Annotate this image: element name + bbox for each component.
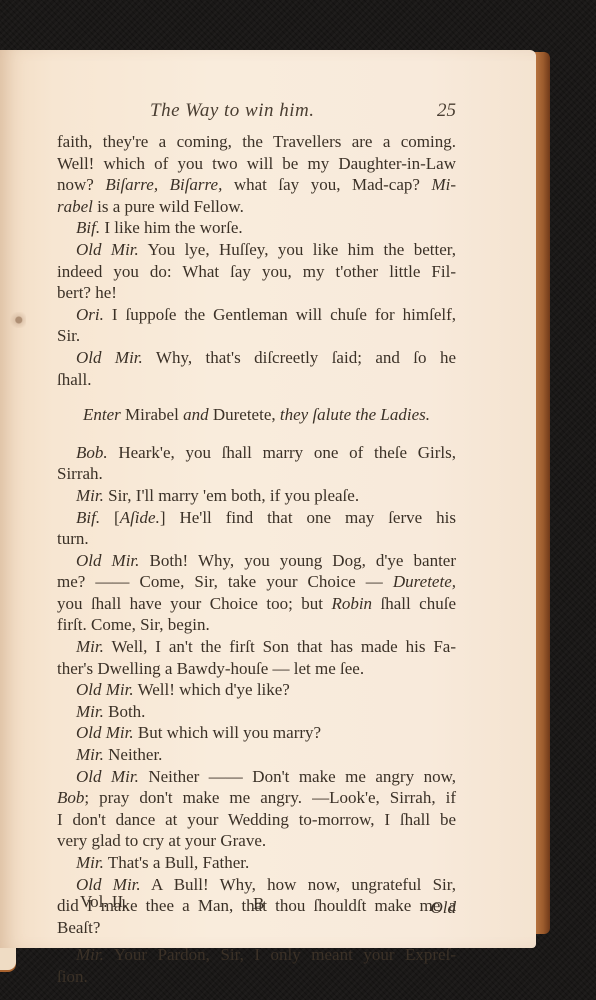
running-title: The Way to win him. — [150, 100, 315, 122]
speaker-name: Old Mir. — [76, 680, 134, 699]
speaker-name: Old Mir. — [76, 551, 139, 570]
speaker-name: Mir. — [76, 745, 104, 764]
speech-line: Sirrah. — [57, 463, 456, 485]
speech-line: firſt. Come, Sir, begin. — [57, 614, 456, 636]
stage-direction: Enter Mirabel and Duretete, they ſalute … — [57, 404, 456, 426]
speech-line: turn. — [57, 528, 456, 550]
speech-line: Beaſt? — [57, 917, 456, 939]
speaker-name: Mir. — [76, 853, 104, 872]
speaker-name: Old Mir. — [76, 348, 143, 367]
speech-line: Old Mir. But which will you marry? — [57, 722, 456, 744]
catchword: Old — [431, 898, 457, 918]
speech-line: Old Mir. Neither —— Don't make me angry … — [57, 766, 456, 788]
speech-line: Bif. [Aſide.] He'll find that one may ſe… — [57, 507, 456, 529]
speech-line: Bob; pray don't make me angry. —Look'e, … — [57, 787, 456, 809]
speech-line: Mir. Sir, I'll marry 'em both, if you pl… — [57, 485, 456, 507]
speech-line: Mir. That's a Bull, Father. — [57, 852, 456, 874]
speaker-name: Old Mir. — [76, 723, 134, 742]
speech-line: Bif. I like him the worſe. — [57, 217, 456, 239]
speech-line: Old Mir. You lye, Huſſey, you like him t… — [57, 239, 456, 261]
speech-line: Sir. — [57, 325, 456, 347]
speech-line: Mir. Both. — [57, 701, 456, 723]
speech-line: Old Mir. Both! Why, you young Dog, d'ye … — [57, 550, 456, 572]
speech-line: you ſhall have your Choice too; but Robi… — [57, 593, 456, 615]
speech-line: Bob. Heark'e, you ſhall marry one of the… — [57, 442, 456, 464]
speech-line: Ori. I ſuppoſe the Gentleman will chuſe … — [57, 304, 456, 326]
speech-line: ther's Dwelling a Bawdy-houſe — let me ſ… — [57, 658, 456, 680]
speaker-name: Mir. — [76, 702, 104, 721]
speaker-name: Bif. — [76, 508, 100, 527]
speech-line: Mir. Neither. — [57, 744, 456, 766]
speech-line: I don't dance at your Wedding to-morrow,… — [57, 809, 456, 831]
speaker-name: Old Mir. — [76, 767, 139, 786]
speaker-name: Old Mir. — [76, 240, 139, 259]
speaker-name: Old Mir. — [76, 875, 141, 894]
speech-line: Old Mir. Why, that's diſcreetly ſaid; an… — [57, 347, 456, 369]
speech-line: ſhall. — [57, 369, 456, 391]
speaker-name: Mir. — [76, 637, 104, 656]
speech-line: bert? he! — [57, 282, 456, 304]
speech-line: Mir. Well, I an't the firſt Son that has… — [57, 636, 456, 658]
foxing-stain — [8, 312, 26, 328]
speech-line: very glad to cry at your Grave. — [57, 830, 456, 852]
speech-line: ſion. — [57, 966, 456, 988]
speech-line: Old Mir. Well! which d'ye like? — [57, 679, 456, 701]
text-line: Well! which of you two will be my Daught… — [57, 153, 456, 175]
speaker-name: Mir. — [76, 945, 104, 964]
text-block: faith, they're a coming, the Travellers … — [57, 131, 456, 988]
speech-line: me? —— Come, Sir, take your Choice — Dur… — [57, 571, 456, 593]
volume-label: Vol. II. — [80, 892, 127, 912]
signature-mark: B — [253, 894, 264, 914]
speaker-name: Bif. — [76, 218, 100, 237]
speaker-name: Bob. — [76, 443, 108, 462]
page-footer: Vol. II. B Old — [80, 892, 456, 914]
text-line: now? Biſarre, Biſarre, what ſay you, Mad… — [57, 174, 456, 196]
speaker-name: Ori. — [76, 305, 104, 324]
text-line: faith, they're a coming, the Travellers … — [57, 131, 456, 153]
speech-line: indeed you do: What ſay you, my t'other … — [57, 261, 456, 283]
running-head: The Way to win him. 25 — [150, 100, 456, 124]
text-line: rabel is a pure wild Fellow. — [57, 196, 456, 218]
speech-line: Mir. Your Pardon, Sir, I only meant your… — [57, 944, 456, 966]
aside-direction: Aſide. — [120, 508, 160, 527]
page-number: 25 — [437, 100, 456, 122]
speaker-name: Mir. — [76, 486, 104, 505]
